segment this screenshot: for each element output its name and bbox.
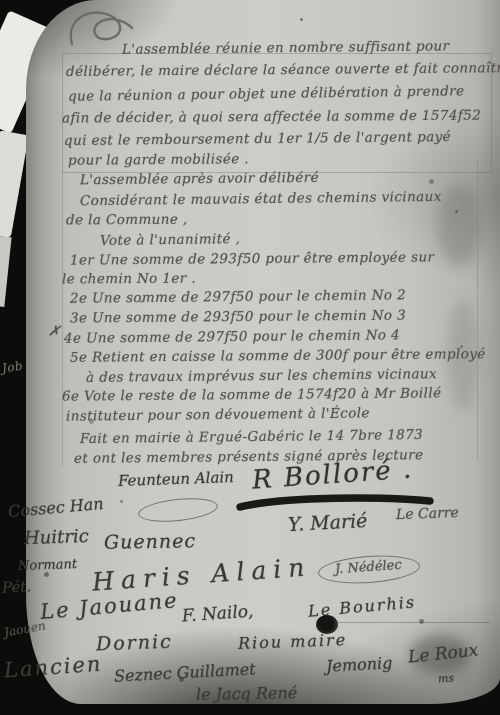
signature: Le Carre [396, 505, 459, 523]
margin-cross-mark: ✗ [47, 321, 62, 340]
paraph-flourish-icon [66, 6, 152, 52]
paper-specks [300, 18, 303, 21]
handwriting-line: le chemin No 1er . [62, 271, 196, 288]
ink-scratch-line [338, 622, 490, 623]
handwriting-line: 6e Vote le reste de la somme de 1574f20 … [62, 385, 442, 404]
margin-note-pencil: Job [1, 359, 24, 376]
signature: Normant [18, 557, 78, 574]
handwriting-line: instituteur pour son dévouement à l'Écol… [66, 405, 370, 424]
signature-paraph: ms [438, 671, 455, 685]
handwriting-line: 3e Une somme de 293f50 pour le chemin No… [70, 308, 406, 327]
signature: le Jacq René [196, 683, 298, 704]
signature: Y. Marié [287, 510, 367, 536]
signature: Guennec [104, 530, 196, 554]
paper-stain [438, 185, 480, 265]
handwriting-line: L'assemblée réunie en nombre suffisant p… [122, 38, 450, 57]
facing-page-edge [0, 130, 29, 238]
handwriting-line: Vote à l'unanimité , [100, 231, 240, 249]
facing-page-edge [0, 235, 12, 307]
signature: Huitric [24, 526, 89, 549]
margin-rule [62, 171, 63, 467]
handwriting-line: afin de décider, à quoi sera affectée la… [62, 108, 481, 127]
signature: Jemonig [326, 653, 393, 675]
ink-blot [316, 615, 338, 634]
signature: Dornic [96, 631, 173, 656]
handwriting-line: L'assemblée après avoir délibéré [80, 170, 319, 189]
signature: Riou maire [238, 630, 348, 653]
handwriting-line: pour la garde mobilisée . [68, 151, 249, 169]
handwriting-line: 1er Une somme de 293f50 pour être employ… [70, 249, 435, 268]
signature: Pét. [2, 577, 32, 596]
photo-of-register-page: L'assemblée réunie en nombre suffisant p… [0, 0, 500, 715]
handwriting-line: de la Commune , [66, 212, 188, 229]
